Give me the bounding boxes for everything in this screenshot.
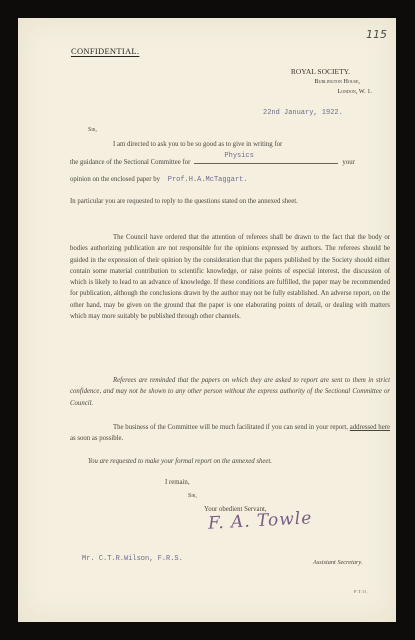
paragraph-business: The business of the Committee will be mu… [70, 422, 390, 445]
letterhead-building: Burlington House, [212, 77, 360, 87]
opening-line-3: opinion on the enclosed paper by Prof.H.… [70, 173, 390, 187]
letterhead: ROYAL SOCIETY. Burlington House, London,… [212, 66, 372, 97]
closing-line-2: Sir, [188, 491, 197, 502]
pto-note: P.T.O. [354, 589, 368, 594]
paragraph-particular: In particular you are requested to reply… [70, 196, 390, 207]
salutation: Sir, [88, 125, 97, 136]
letterhead-organization: ROYAL SOCIETY. [212, 66, 350, 77]
recipient: Mr. C.T.R.Wilson, F.R.S. [82, 555, 183, 563]
closing-line-1: I remain, [165, 477, 190, 488]
committee-field: Physics [194, 155, 338, 164]
letter-page: 115 CONFIDENTIAL. ROYAL SOCIETY. Burling… [18, 18, 396, 622]
signature: F. A. Towle [208, 508, 313, 533]
opening-paragraph: I am directed to ask you to be so good a… [70, 138, 390, 187]
signatory-title: Assistant Secretary. [313, 557, 362, 568]
letter-date: 22nd January, 1922. [263, 109, 343, 117]
letterhead-city: London, W. 1. [212, 87, 372, 97]
paragraph-referees: Referees are reminded that the papers on… [70, 375, 390, 409]
classification-heading: CONFIDENTIAL. [71, 46, 139, 56]
opening-line-2: the guidance of the Sectional Committee … [70, 155, 390, 169]
page-number: 115 [366, 28, 387, 41]
paragraph-formal: You are requested to make your formal re… [70, 456, 390, 467]
paper-author: Prof.H.A.McTaggart. [168, 176, 248, 184]
committee-value: Physics [224, 150, 253, 163]
paragraph-council: The Council have ordered that the attent… [70, 232, 390, 322]
addressed-here: addressed here [350, 424, 390, 431]
